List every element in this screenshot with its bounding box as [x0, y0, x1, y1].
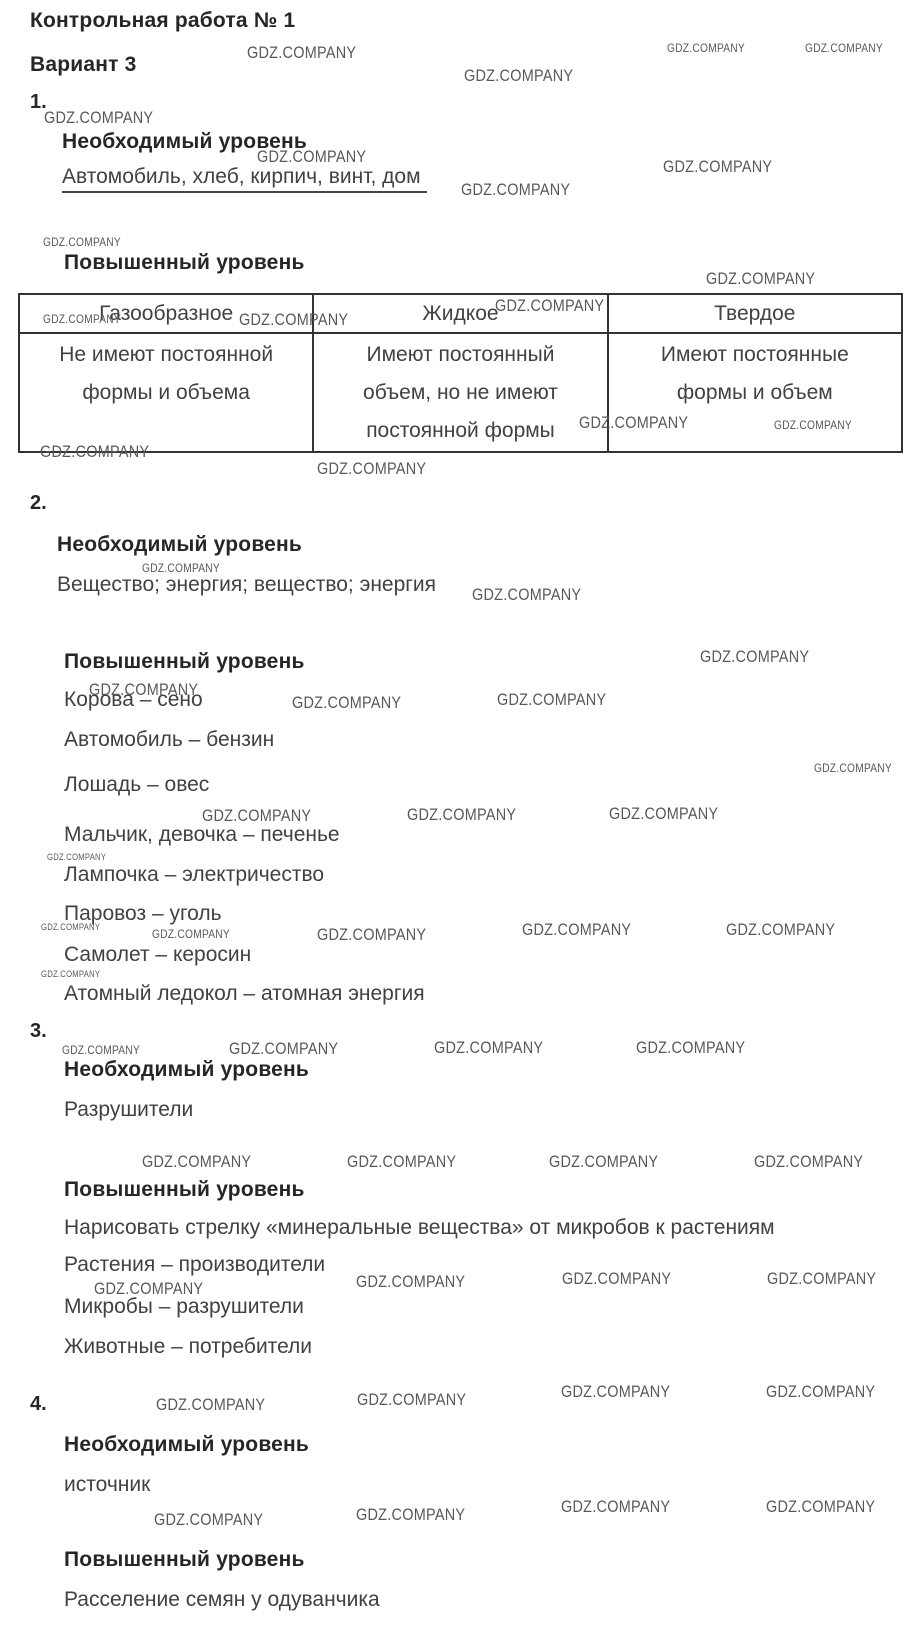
required-heading-4: Необходимый уровень [64, 1434, 309, 1455]
answer-2-line: Атомный ледокол – атомная энергия [64, 983, 425, 1004]
watermark: GDZ.COMPANY [767, 1270, 876, 1287]
watermark: GDZ.COMPANY [461, 181, 570, 198]
watermark: GDZ.COMPANY [726, 921, 835, 938]
answer-3-line: Растения – производители [64, 1254, 325, 1275]
table-column-liquid: Жидкое Имеют постоянный объем, но не име… [314, 295, 608, 451]
watermark: GDZ.COMPANY [497, 691, 606, 708]
watermark: GDZ.COMPANY [472, 586, 581, 603]
page: Контрольная работа № 1 Вариант 3 1. Необ… [0, 0, 920, 1634]
watermark: GDZ.COMPANY [579, 414, 688, 431]
watermark: GDZ.COMPANY [561, 1383, 670, 1400]
watermark: GDZ.COMPANY [805, 42, 883, 54]
answer-2-line: Паровоз – уголь [64, 903, 222, 924]
table-cell-liquid: Имеют постоянный объем, но не имеют пост… [314, 334, 606, 450]
table-header-solid: Твердое [609, 295, 901, 334]
answer-3-line: Нарисовать стрелку «минеральные вещества… [64, 1217, 775, 1238]
answer-2-required: Вещество; энергия; вещество; энергия [57, 574, 436, 595]
watermark: GDZ.COMPANY [202, 807, 311, 824]
watermark: GDZ.COMPANY [774, 419, 852, 431]
watermark: GDZ.COMPANY [407, 806, 516, 823]
watermark: GDZ.COMPANY [766, 1383, 875, 1400]
watermark: GDZ.COMPANY [700, 648, 809, 665]
watermark: GDZ.COMPANY [239, 311, 348, 328]
watermark: GDZ.COMPANY [549, 1153, 658, 1170]
watermark: GDZ.COMPANY [495, 297, 604, 314]
required-heading-3: Необходимый уровень [64, 1059, 309, 1080]
watermark: GDZ.COMPANY [156, 1396, 265, 1413]
cell-line: Не имеют постоянной [20, 336, 312, 374]
doc-title: Контрольная работа № 1 [30, 10, 295, 31]
answer-1-required: Автомобиль, хлеб, кирпич, винт, дом [62, 166, 427, 187]
watermark: GDZ.COMPANY [609, 805, 718, 822]
answer-3-required: Разрушители [64, 1099, 193, 1120]
watermark: GDZ.COMPANY [47, 853, 106, 862]
watermark: GDZ.COMPANY [142, 562, 220, 574]
watermark: GDZ.COMPANY [357, 1391, 466, 1408]
section-4-number: 4. [30, 1394, 47, 1414]
advanced-heading-2: Повышенный уровень [64, 651, 305, 672]
watermark: GDZ.COMPANY [464, 67, 573, 84]
answer-2-line: Автомобиль – бензин [64, 729, 274, 750]
watermark: GDZ.COMPANY [356, 1273, 465, 1290]
watermark: GDZ.COMPANY [292, 694, 401, 711]
watermark: GDZ.COMPANY [229, 1040, 338, 1057]
states-table: Газообразное Не имеют постоянной формы и… [18, 293, 903, 453]
watermark: GDZ.COMPANY [44, 109, 153, 126]
watermark: GDZ.COMPANY [317, 926, 426, 943]
advanced-heading-4: Повышенный уровень [64, 1549, 305, 1570]
watermark: GDZ.COMPANY [43, 313, 121, 325]
answer-2-line: Лошадь – овес [64, 774, 209, 795]
watermark: GDZ.COMPANY [62, 1044, 140, 1056]
watermark: GDZ.COMPANY [247, 44, 356, 61]
answer-3-line: Микробы – разрушители [64, 1296, 304, 1317]
watermark: GDZ.COMPANY [41, 970, 100, 979]
watermark: GDZ.COMPANY [41, 923, 100, 932]
answer-3-line: Животные – потребители [64, 1336, 312, 1357]
watermark: GDZ.COMPANY [636, 1039, 745, 1056]
cell-line: формы и объем [609, 374, 901, 412]
cell-line: объем, но не имеют [314, 374, 606, 412]
advanced-heading-3: Повышенный уровень [64, 1179, 305, 1200]
watermark: GDZ.COMPANY [142, 1153, 251, 1170]
advanced-heading-1: Повышенный уровень [64, 252, 305, 273]
answer-4-advanced: Расселение семян у одуванчика [64, 1589, 380, 1610]
table-cell-solid: Имеют постоянные формы и объем [609, 334, 901, 412]
watermark: GDZ.COMPANY [663, 158, 772, 175]
watermark: GDZ.COMPANY [347, 1153, 456, 1170]
section-2-number: 2. [30, 493, 47, 513]
watermark: GDZ.COMPANY [40, 443, 149, 460]
section-3-number: 3. [30, 1021, 47, 1041]
watermark: GDZ.COMPANY [434, 1039, 543, 1056]
watermark: GDZ.COMPANY [154, 1511, 263, 1528]
doc-variant: Вариант 3 [30, 54, 137, 75]
watermark: GDZ.COMPANY [94, 1280, 203, 1297]
watermark: GDZ.COMPANY [89, 681, 198, 698]
answer-2-line: Мальчик, девочка – печенье [64, 824, 340, 845]
cell-line: Имеют постоянные [609, 336, 901, 374]
answer-2-line: Самолет – керосин [64, 944, 251, 965]
watermark: GDZ.COMPANY [152, 928, 230, 940]
answer-2-line: Лампочка – электричество [64, 864, 324, 885]
cell-line: формы и объема [20, 374, 312, 412]
watermark: GDZ.COMPANY [317, 460, 426, 477]
watermark: GDZ.COMPANY [43, 236, 121, 248]
watermark: GDZ.COMPANY [356, 1506, 465, 1523]
table-cell-gas: Не имеют постоянной формы и объема [20, 334, 312, 412]
watermark: GDZ.COMPANY [814, 762, 892, 774]
watermark: GDZ.COMPANY [706, 270, 815, 287]
cell-line: Имеют постоянный [314, 336, 606, 374]
answer-1-required-text: Автомобиль, хлеб, кирпич, винт, дом [62, 165, 427, 193]
watermark: GDZ.COMPANY [561, 1498, 670, 1515]
watermark: GDZ.COMPANY [562, 1270, 671, 1287]
watermark: GDZ.COMPANY [667, 42, 745, 54]
watermark: GDZ.COMPANY [257, 148, 366, 165]
required-heading-2: Необходимый уровень [57, 534, 302, 555]
answer-4-required: источник [64, 1474, 150, 1495]
cell-line: постоянной формы [314, 412, 606, 450]
watermark: GDZ.COMPANY [522, 921, 631, 938]
watermark: GDZ.COMPANY [754, 1153, 863, 1170]
watermark: GDZ.COMPANY [766, 1498, 875, 1515]
